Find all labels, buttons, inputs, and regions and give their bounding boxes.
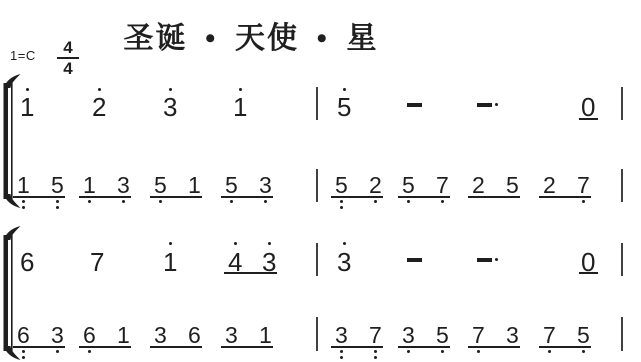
eighth-underline <box>468 196 520 198</box>
octave-dot-below <box>122 200 125 203</box>
octave-dot-below <box>22 350 25 353</box>
bass-note: 2 <box>369 174 382 197</box>
octave-dot-above <box>239 88 242 91</box>
eighth-underline <box>539 196 591 198</box>
bass-note: 5 <box>154 174 167 197</box>
dash-note <box>407 258 422 262</box>
eighth-underline <box>150 346 202 348</box>
eighth-underline <box>579 272 598 274</box>
octave-dot-below <box>582 350 585 353</box>
octave-dot-below <box>22 200 25 203</box>
octave-dot-below <box>407 200 410 203</box>
octave-dot-above <box>343 242 346 245</box>
octave-dot-below <box>159 200 162 203</box>
eighth-underline <box>468 346 520 348</box>
eighth-underline <box>398 196 450 198</box>
augmentation-dot <box>495 103 498 106</box>
barline <box>621 317 623 351</box>
barline <box>316 317 318 351</box>
bass-note: 5 <box>436 324 449 347</box>
octave-dot-below <box>88 350 91 353</box>
octave-dot-above <box>169 242 172 245</box>
octave-dot-below <box>22 206 25 209</box>
octave-dot-above <box>343 88 346 91</box>
bass-note: 3 <box>225 324 238 347</box>
bass-note: 6 <box>83 324 96 347</box>
eighth-underline <box>13 346 65 348</box>
melody-note: 1 <box>233 94 247 120</box>
bass-note: 1 <box>117 324 130 347</box>
octave-dot-below <box>441 200 444 203</box>
barline <box>621 87 623 120</box>
bass-note: 6 <box>188 324 201 347</box>
eighth-underline <box>79 196 131 198</box>
octave-dot-below <box>264 200 267 203</box>
octave-dot-above <box>26 88 29 91</box>
bass-note: 3 <box>402 324 415 347</box>
octave-dot-below <box>374 200 377 203</box>
bass-note: 3 <box>259 174 272 197</box>
octave-dot-below <box>22 356 25 359</box>
octave-dot-below <box>230 200 233 203</box>
eighth-underline <box>331 346 383 348</box>
eighth-underline <box>539 346 591 348</box>
octave-dot-below <box>56 206 59 209</box>
bass-note: 1 <box>83 174 96 197</box>
melody-note: 5 <box>337 94 351 120</box>
bass-note: 1 <box>17 174 30 197</box>
bass-note: 7 <box>543 324 556 347</box>
melody-note: 3 <box>163 94 177 120</box>
bass-note: 5 <box>402 174 415 197</box>
bass-note: 3 <box>154 324 167 347</box>
octave-dot-below <box>340 200 343 203</box>
eighth-underline <box>398 346 450 348</box>
octave-dot-below <box>477 350 480 353</box>
dash-note <box>407 103 422 107</box>
octave-dot-above <box>169 88 172 91</box>
bass-note: 6 <box>17 324 30 347</box>
octave-dot-below <box>88 200 91 203</box>
bass-note: 3 <box>506 324 519 347</box>
bass-note: 3 <box>335 324 348 347</box>
barline <box>621 243 623 276</box>
bass-note: 5 <box>51 174 64 197</box>
bass-note: 2 <box>472 174 485 197</box>
bass-note: 5 <box>577 324 590 347</box>
bass-note: 5 <box>335 174 348 197</box>
octave-dot-below <box>340 356 343 359</box>
octave-dot-below <box>56 200 59 203</box>
barline <box>316 243 318 276</box>
score-body: 1231501513515352572527 67143306361363137… <box>0 0 641 362</box>
eighth-underline <box>13 196 65 198</box>
eighth-underline <box>79 346 131 348</box>
bass-note: 5 <box>225 174 238 197</box>
barline <box>316 169 318 202</box>
octave-dot-below <box>548 350 551 353</box>
octave-dot-below <box>407 350 410 353</box>
octave-dot-below <box>56 350 59 353</box>
melody-note: 6 <box>20 249 34 275</box>
octave-dot-below <box>374 350 377 353</box>
octave-dot-below <box>582 200 585 203</box>
bass-note: 7 <box>369 324 382 347</box>
bass-note: 7 <box>436 174 449 197</box>
augmentation-dot <box>495 258 498 261</box>
octave-dot-below <box>441 350 444 353</box>
octave-dot-below <box>340 350 343 353</box>
eighth-underline <box>331 196 383 198</box>
bass-note: 3 <box>51 324 64 347</box>
octave-dot-below <box>340 206 343 209</box>
dash-note <box>477 258 492 262</box>
eighth-underline <box>150 196 202 198</box>
bass-note: 1 <box>259 324 272 347</box>
octave-dot-below <box>374 356 377 359</box>
eighth-underline <box>221 346 273 348</box>
bass-note: 1 <box>188 174 201 197</box>
bass-note: 7 <box>577 174 590 197</box>
eighth-underline <box>224 272 277 274</box>
melody-note: 2 <box>92 94 106 120</box>
octave-dot-above <box>98 88 101 91</box>
score-page: 圣诞 • 天使 • 星 1=C 4 4 12315015135153525725… <box>0 0 641 362</box>
melody-note: 1 <box>20 94 34 120</box>
octave-dot-above <box>234 242 237 245</box>
barline <box>316 87 318 120</box>
eighth-underline <box>579 118 598 120</box>
dash-note <box>477 103 492 107</box>
bass-note: 3 <box>117 174 130 197</box>
melody-note: 1 <box>163 249 177 275</box>
melody-note: 7 <box>90 249 104 275</box>
bass-note: 5 <box>506 174 519 197</box>
melody-note: 3 <box>337 249 351 275</box>
eighth-underline <box>221 196 273 198</box>
octave-dot-above <box>268 242 271 245</box>
bass-note: 2 <box>543 174 556 197</box>
barline <box>621 169 623 202</box>
bass-note: 7 <box>472 324 485 347</box>
rest-note: 0 <box>581 94 595 120</box>
